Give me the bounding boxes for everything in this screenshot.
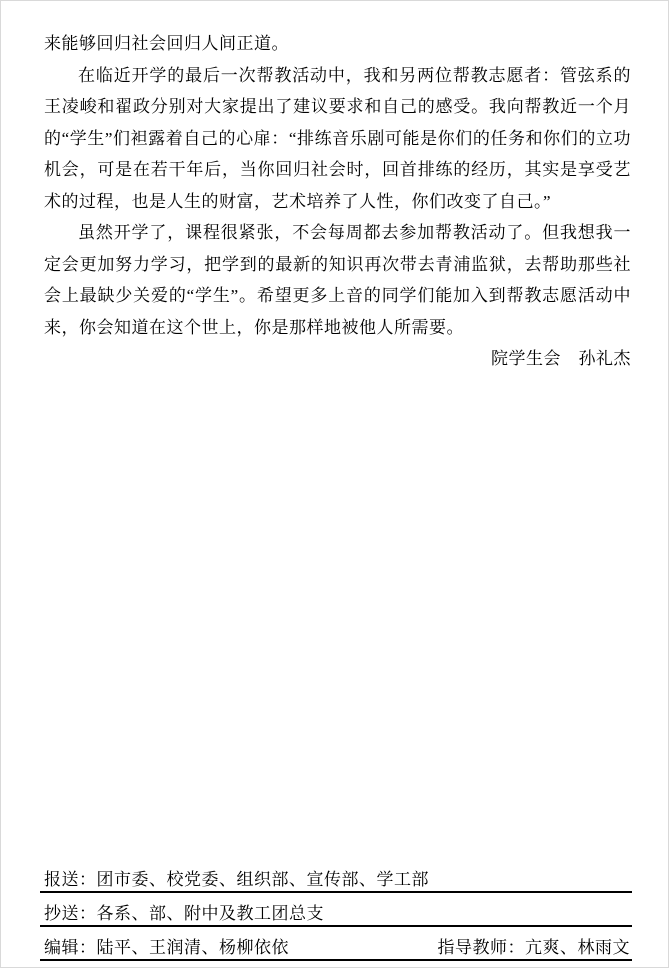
footer-row-editors: 编辑：陆平、王润清、杨柳依依 指导教师：亢爽、林雨文 (40, 929, 632, 961)
body-paragraph: 虽然开学了，课程很紧张，不会每周都去参加帮教活动了。但我想我一定会更加努力学习，… (44, 217, 631, 343)
body-paragraph: 在临近开学的最后一次帮教活动中，我和另两位帮教志愿者：管弦系的王凌峻和翟政分别对… (44, 60, 631, 218)
footer-distribution-label: 报送：团市委、校党委、组织部、宣传部、学工部 (44, 865, 429, 890)
document-body: 来能够回归社会回归人间正道。 在临近开学的最后一次帮教活动中，我和另两位帮教志愿… (44, 28, 631, 375)
footer-editors-label: 编辑：陆平、王润清、杨柳依依 (44, 933, 289, 958)
footer-row-copies: 抄送：各系、部、附中及教工团总支 (40, 895, 632, 927)
document-footer: 报送：团市委、校党委、组织部、宣传部、学工部 抄送：各系、部、附中及教工团总支 … (40, 861, 632, 961)
footer-copies-label: 抄送：各系、部、附中及教工团总支 (44, 899, 324, 924)
footer-advisors-label: 指导教师：亢爽、林雨文 (438, 933, 631, 958)
signature-line: 院学生会 孙礼杰 (44, 343, 631, 375)
footer-row-distribution: 报送：团市委、校党委、组织部、宣传部、学工部 (40, 861, 632, 893)
body-paragraph-continuation: 来能够回归社会回归人间正道。 (44, 28, 631, 60)
document-page: 来能够回归社会回归人间正道。 在临近开学的最后一次帮教活动中，我和另两位帮教志愿… (0, 0, 669, 968)
